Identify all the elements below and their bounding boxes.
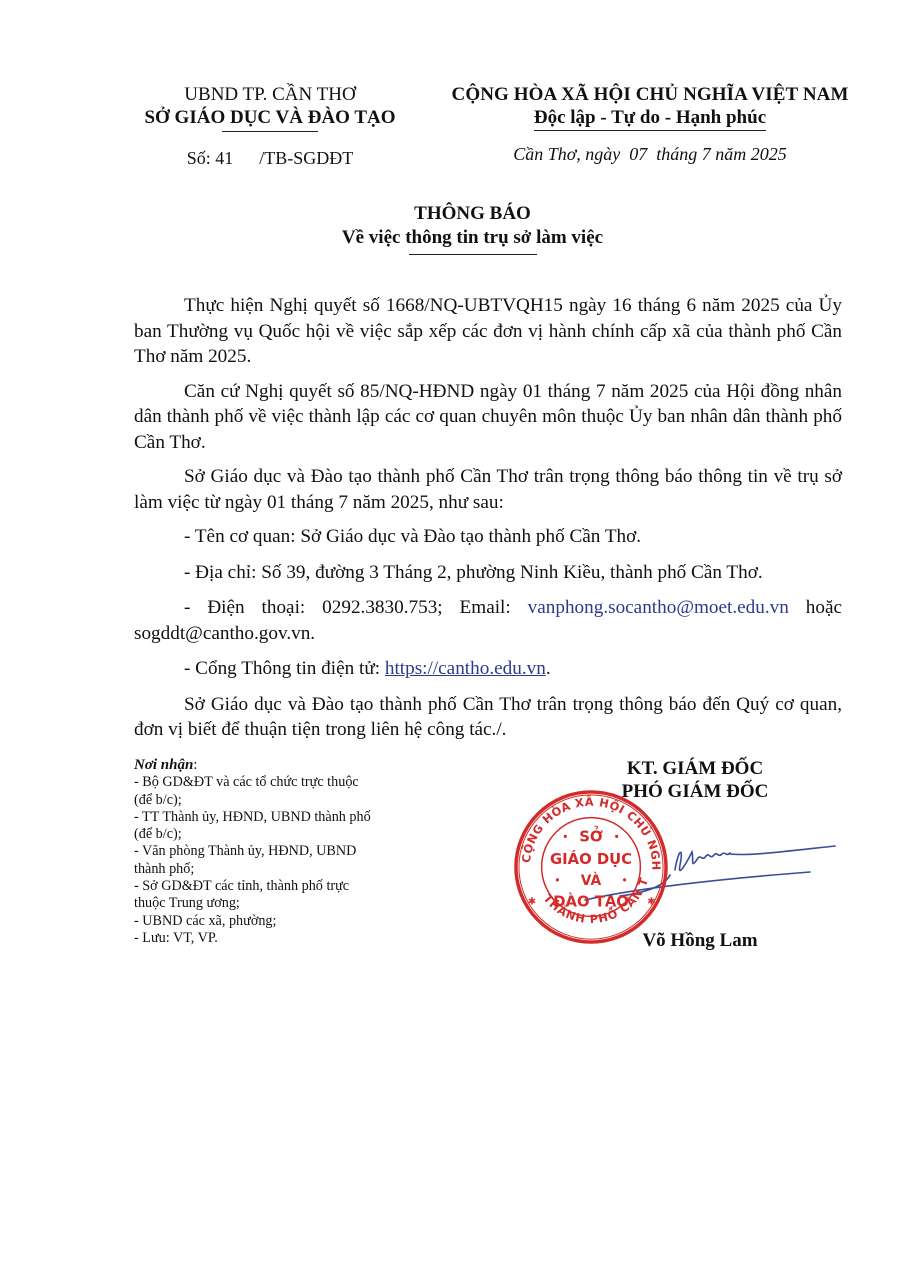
svg-text:✱: ✱ bbox=[647, 897, 655, 908]
document-title-block: THÔNG BÁO Về việc thông tin trụ sở làm v… bbox=[200, 202, 745, 255]
recipient-item: - Bộ GD&ĐT và các tổ chức trực thuộc (để… bbox=[134, 774, 374, 809]
signer-name: Võ Hồng Lam bbox=[600, 930, 800, 952]
issuing-agency-block: UBND TP. CẦN THƠ SỞ GIÁO DỤC VÀ ĐÀO TẠO … bbox=[120, 84, 420, 169]
paragraph-announcement: Sở Giáo dục và Đào tạo thành phố Cần Thơ… bbox=[134, 464, 842, 515]
paragraph-closing: Sở Giáo dục và Đào tạo thành phố Cần Thơ… bbox=[134, 692, 842, 743]
title-underline bbox=[409, 254, 537, 255]
official-seal-icon: CỘNG HÒA XÃ HỘI CHỦ NGHĨA VIỆT NAM THÀNH… bbox=[512, 788, 670, 946]
svg-text:VÀ: VÀ bbox=[581, 871, 602, 889]
recipient-item: - Sở GD&ĐT các tỉnh, thành phố trực thuộ… bbox=[134, 878, 374, 913]
paragraph-basis-1: Thực hiện Nghị quyết số 1668/NQ-UBTVQH15… bbox=[134, 293, 842, 370]
document-number: Số: 41/TB-SGDĐT bbox=[120, 148, 420, 169]
agency-name-line: - Tên cơ quan: Sở Giáo dục và Đào tạo th… bbox=[134, 524, 842, 550]
national-motto: Độc lập - Tự do - Hạnh phúc bbox=[534, 106, 766, 131]
email-link[interactable]: vanphong.socantho@moet.edu.vn bbox=[528, 597, 789, 618]
agency-name: SỞ GIÁO DỤC VÀ ĐÀO TẠO bbox=[120, 106, 420, 130]
national-header-block: CỘNG HÒA XÃ HỘI CHỦ NGHĨA VIỆT NAM Độc l… bbox=[430, 84, 870, 165]
contact-line: - Điện thoại: 0292.3830.753; Email: vanp… bbox=[134, 595, 842, 646]
recipients-label: Nơi nhận: bbox=[134, 757, 374, 774]
portal-line: - Cổng Thông tin điện tử: https://cantho… bbox=[134, 656, 842, 682]
document-body: Thực hiện Nghị quyết số 1668/NQ-UBTVQH15… bbox=[134, 293, 842, 752]
svg-text:ĐÀO TẠO: ĐÀO TẠO bbox=[553, 893, 629, 911]
document-subject: Về việc thông tin trụ sở làm việc bbox=[200, 226, 745, 250]
recipient-item: - Lưu: VT, VP. bbox=[134, 930, 374, 947]
signer-role-line1: KT. GIÁM ĐỐC bbox=[560, 757, 830, 780]
address-line: - Địa chỉ: Số 39, đường 3 Tháng 2, phườn… bbox=[134, 560, 842, 586]
recipient-item: - UBND các xã, phường; bbox=[134, 913, 374, 930]
document-type: THÔNG BÁO bbox=[200, 202, 745, 226]
recipient-item: - TT Thành ủy, HĐND, UBND thành phố (để … bbox=[134, 809, 374, 844]
nation-name: CỘNG HÒA XÃ HỘI CHỦ NGHĨA VIỆT NAM bbox=[430, 84, 870, 106]
parent-agency: UBND TP. CẦN THƠ bbox=[120, 84, 420, 106]
portal-link[interactable]: https://cantho.edu.vn bbox=[385, 658, 546, 679]
svg-text:GIÁO DỤC: GIÁO DỤC bbox=[550, 850, 632, 868]
svg-text:✱: ✱ bbox=[528, 897, 536, 908]
recipient-item: - Văn phòng Thành ủy, HĐND, UBND thành p… bbox=[134, 843, 374, 878]
recipients-block: Nơi nhận: - Bộ GD&ĐT và các tổ chức trực… bbox=[134, 757, 374, 947]
svg-text:SỞ: SỞ bbox=[579, 826, 603, 845]
place-date: Cần Thơ, ngày 07 tháng 7 năm 2025 bbox=[430, 144, 870, 165]
agency-underline bbox=[222, 131, 318, 132]
paragraph-basis-2: Căn cứ Nghị quyết số 85/NQ-HĐND ngày 01 … bbox=[134, 379, 842, 456]
